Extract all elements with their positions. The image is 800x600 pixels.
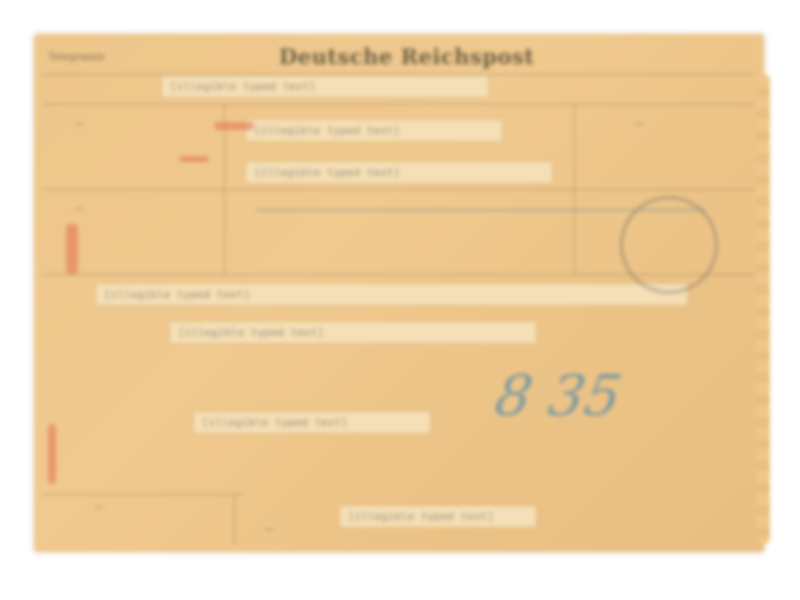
form-label-bottom-left: — (94, 502, 104, 513)
form-label-left-1: — (74, 119, 84, 130)
form-label-right: — (634, 119, 644, 130)
torn-edge (756, 74, 770, 544)
form-rule (42, 74, 754, 75)
form-rule (42, 104, 754, 105)
tape-strip: [illegible typed text] (162, 76, 488, 97)
form-rule (574, 104, 575, 274)
form-rule (42, 189, 754, 190)
tape-strip: [illegible typed text] (96, 284, 687, 305)
red-pencil-mark (179, 156, 209, 162)
form-rule (234, 494, 235, 544)
form-rule (42, 494, 242, 495)
postmark-stamp (620, 196, 718, 294)
tape-strip: [illegible typed text] (194, 412, 430, 433)
form-label-bottom-mid: — (264, 524, 274, 535)
telegram-sheet: Deutsche Reichspost Telegramm — — — — — … (34, 34, 764, 552)
form-label-top-left: Telegramm (48, 52, 105, 63)
form-header-title: Deutsche Reichspost (279, 44, 534, 69)
red-pencil-mark (66, 224, 78, 274)
tape-strip: [illegible typed text] (246, 162, 552, 183)
tape-strip: [illegible typed text] (170, 322, 536, 343)
red-pencil-mark (214, 122, 254, 130)
tape-strip: [illegible typed text] (246, 120, 502, 141)
handwritten-note: 8 35 (490, 364, 626, 429)
tape-strip: [illegible typed text] (340, 506, 536, 527)
form-label-left-2: — (74, 204, 84, 215)
red-pencil-mark (48, 424, 56, 484)
